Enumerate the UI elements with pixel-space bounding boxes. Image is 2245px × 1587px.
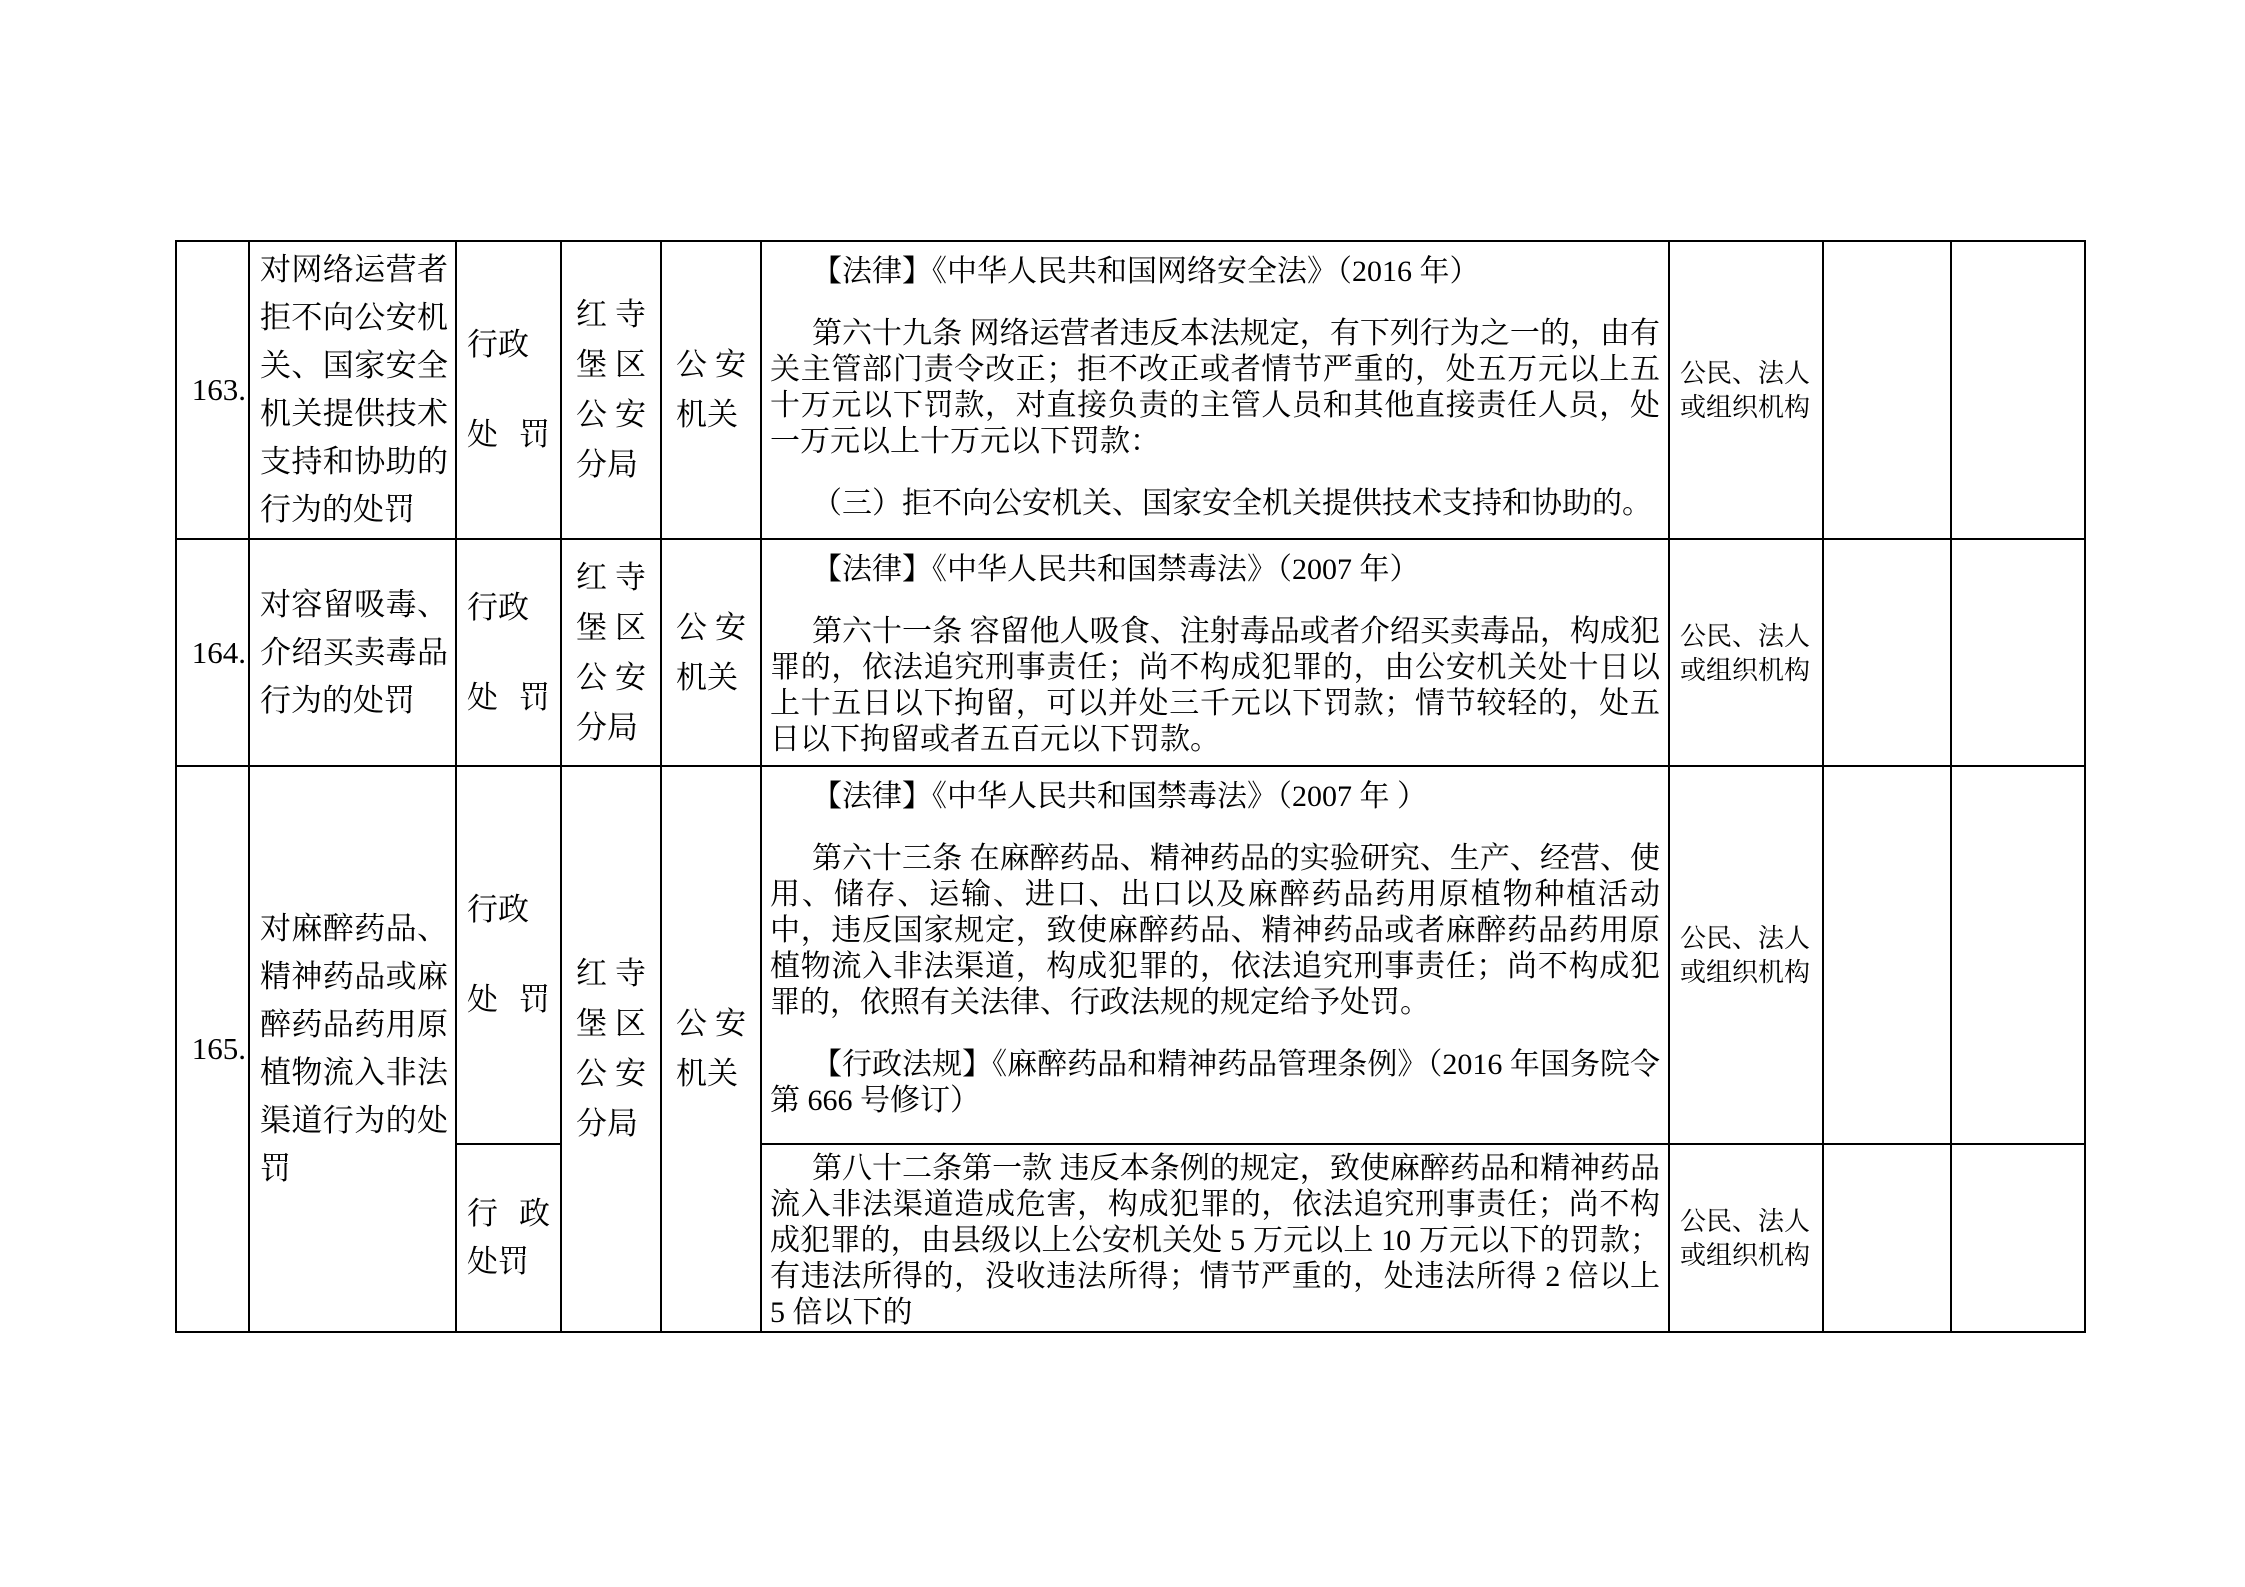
authority-category: 公安机关 bbox=[661, 539, 761, 766]
penalty-item-name: 对容留吸毒、介绍买卖毒品行为的处罚 bbox=[249, 539, 456, 766]
implementing-agency: 红寺堡区公安分局 bbox=[561, 766, 661, 1332]
penalty-target: 公民、法人或组织机构 bbox=[1669, 241, 1823, 539]
penalty-items-table: 163. 对网络运营者拒不向公安机关、国家安全机关提供技术支持和协助的行为的处罚… bbox=[175, 240, 2086, 1333]
legal-basis-paragraph: 第六十一条 容留他人吸食、注射毒品或者介绍买卖毒品，构成犯罪的，依法追究刑事责任… bbox=[770, 614, 1660, 758]
penalty-type-line: 行政 bbox=[467, 321, 550, 369]
empty-cell bbox=[1823, 241, 1951, 539]
row-number: 163. bbox=[176, 241, 249, 539]
empty-cell bbox=[1823, 766, 1951, 1144]
legal-basis-paragraph: 【法律】《中华人民共和国禁毒法》（2007 年） bbox=[770, 552, 1660, 588]
penalty-type-cell: 行政处罚 bbox=[456, 1144, 561, 1332]
penalty-target: 公民、法人或组织机构 bbox=[1669, 1144, 1823, 1332]
penalty-type-line: 处罚 bbox=[467, 411, 550, 459]
penalty-type-cell: 行政 处罚 bbox=[456, 766, 561, 1144]
legal-basis-cell: 【法律】《中华人民共和国网络安全法》（2016 年） 第六十九条 网络运营者违反… bbox=[761, 241, 1669, 539]
legal-basis-cell: 【法律】《中华人民共和国禁毒法》（2007 年） 第六十一条 容留他人吸食、注射… bbox=[761, 539, 1669, 766]
penalty-target: 公民、法人或组织机构 bbox=[1669, 539, 1823, 766]
legal-basis-cell: 【法律】《中华人民共和国禁毒法》（2007 年 ） 第六十三条 在麻醉药品、精神… bbox=[761, 766, 1669, 1144]
empty-cell bbox=[1951, 1144, 2085, 1332]
legal-basis-paragraph: 【法律】《中华人民共和国网络安全法》（2016 年） bbox=[770, 254, 1660, 290]
penalty-item-name: 对麻醉药品、精神药品或麻醉药品药用原植物流入非法渠道行为的处罚 bbox=[249, 766, 456, 1332]
penalty-type-cell: 行政 处罚 bbox=[456, 539, 561, 766]
legal-basis-paragraph: 【法律】《中华人民共和国禁毒法》（2007 年 ） bbox=[770, 779, 1660, 815]
legal-basis-paragraph: 【行政法规】《麻醉药品和精神药品管理条例》（2016 年国务院令第 666 号修… bbox=[770, 1047, 1660, 1119]
penalty-type-line: 处罚 bbox=[467, 976, 550, 1024]
table-row-163: 163. 对网络运营者拒不向公安机关、国家安全机关提供技术支持和协助的行为的处罚… bbox=[176, 241, 2085, 539]
table-row-164: 164. 对容留吸毒、介绍买卖毒品行为的处罚 行政 处罚 红寺堡区公安分局 公安… bbox=[176, 539, 2085, 766]
empty-cell bbox=[1951, 241, 2085, 539]
row-number: 165. bbox=[176, 766, 249, 1332]
empty-cell bbox=[1951, 766, 2085, 1144]
empty-cell bbox=[1951, 539, 2085, 766]
penalty-type-line: 处罚 bbox=[467, 674, 550, 722]
penalty-target: 公民、法人或组织机构 bbox=[1669, 766, 1823, 1144]
table-row-165a: 165. 对麻醉药品、精神药品或麻醉药品药用原植物流入非法渠道行为的处罚 行政 … bbox=[176, 766, 2085, 1144]
implementing-agency: 红寺堡区公安分局 bbox=[561, 241, 661, 539]
penalty-item-name: 对网络运营者拒不向公安机关、国家安全机关提供技术支持和协助的行为的处罚 bbox=[249, 241, 456, 539]
empty-cell bbox=[1823, 1144, 1951, 1332]
empty-cell bbox=[1823, 539, 1951, 766]
penalty-type-cell: 行政 处罚 bbox=[456, 241, 561, 539]
legal-basis-cell: 第八十二条第一款 违反本条例的规定，致使麻醉药品和精神药品流入非法渠道造成危害，… bbox=[761, 1144, 1669, 1332]
authority-category: 公安机关 bbox=[661, 241, 761, 539]
row-number: 164. bbox=[176, 539, 249, 766]
implementing-agency: 红寺堡区公安分局 bbox=[561, 539, 661, 766]
authority-category: 公安机关 bbox=[661, 766, 761, 1332]
penalty-type-line: 行政 bbox=[467, 584, 550, 632]
legal-basis-paragraph: （三）拒不向公安机关、国家安全机关提供技术支持和协助的。 bbox=[770, 486, 1660, 522]
table-row-165b: 行政处罚 第八十二条第一款 违反本条例的规定，致使麻醉药品和精神药品流入非法渠道… bbox=[176, 1144, 2085, 1332]
document-page: 163. 对网络运营者拒不向公安机关、国家安全机关提供技术支持和协助的行为的处罚… bbox=[0, 0, 2245, 1587]
legal-basis-paragraph: 第六十三条 在麻醉药品、精神药品的实验研究、生产、经营、使用、储存、运输、进口、… bbox=[770, 841, 1660, 1021]
penalty-type-line: 行政处罚 bbox=[467, 1190, 550, 1286]
legal-basis-paragraph: 第八十二条第一款 违反本条例的规定，致使麻醉药品和精神药品流入非法渠道造成危害，… bbox=[770, 1151, 1660, 1331]
penalty-type-line: 行政 bbox=[467, 886, 550, 934]
legal-basis-paragraph: 第六十九条 网络运营者违反本法规定，有下列行为之一的，由有关主管部门责令改正；拒… bbox=[770, 316, 1660, 460]
